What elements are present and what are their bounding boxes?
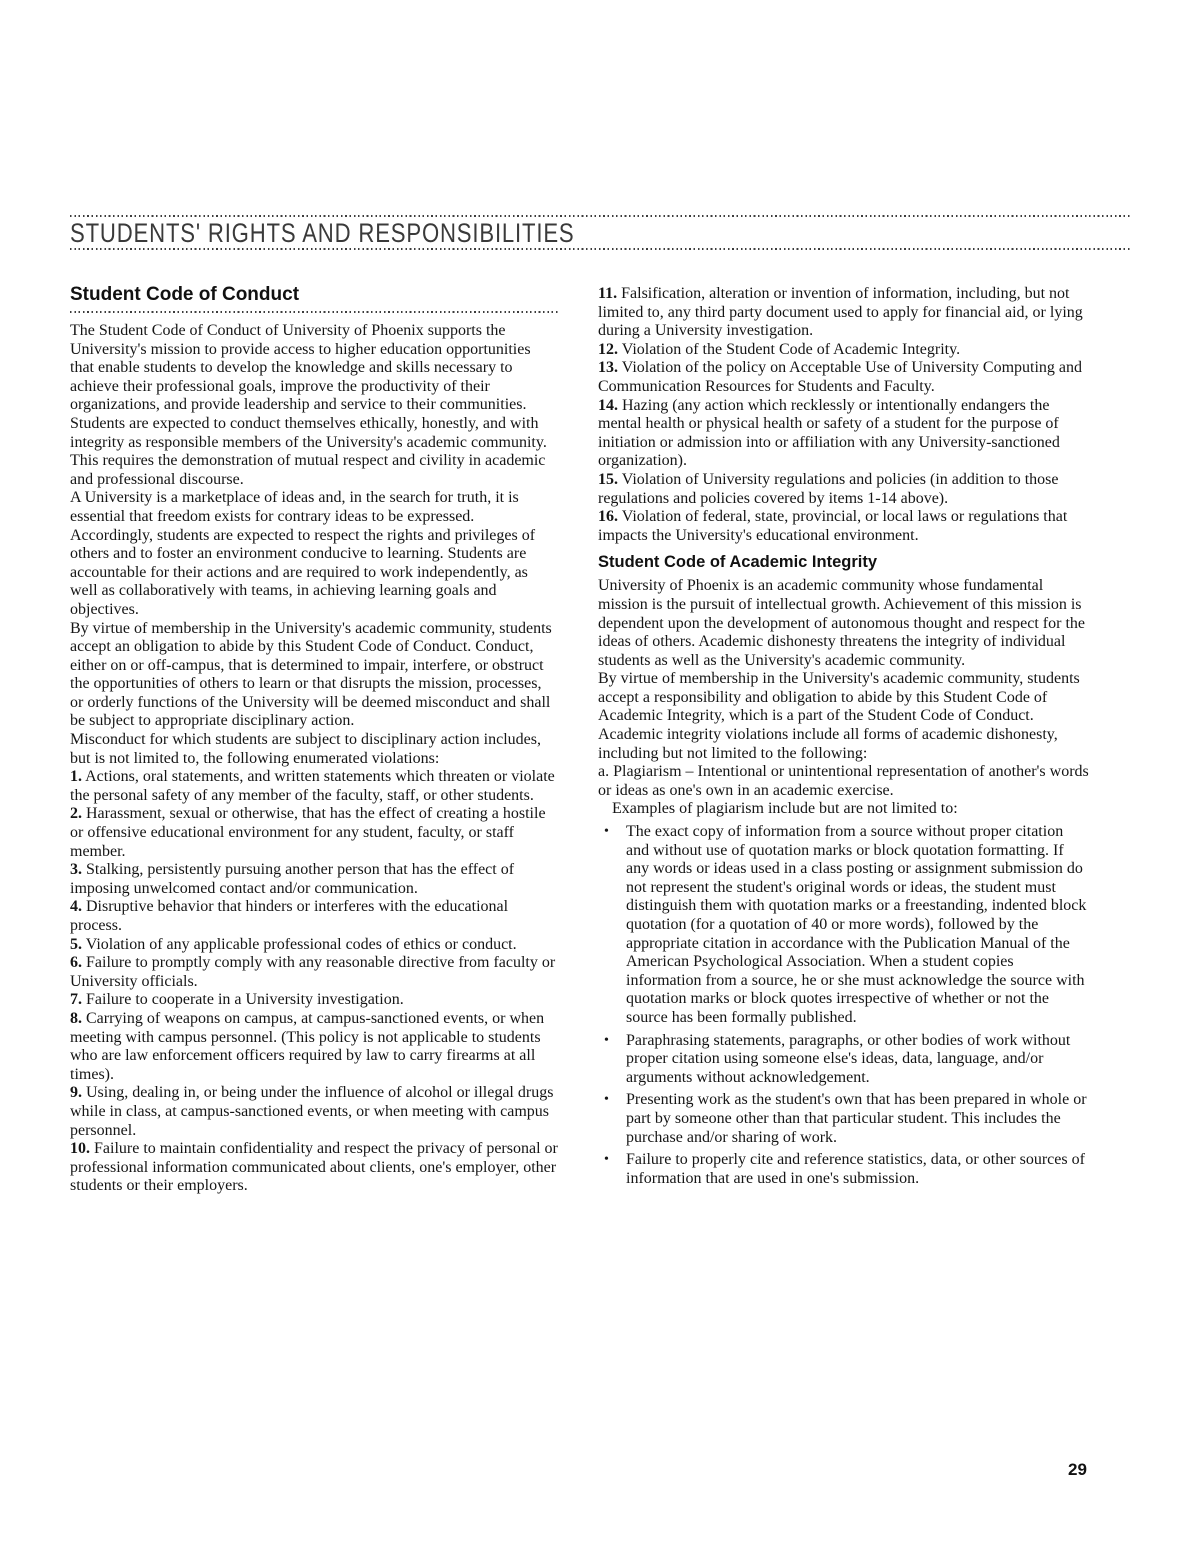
- item-text: Actions, oral statements, and written st…: [70, 768, 555, 804]
- item-text: Plagiarism – Intentional or unintentiona…: [598, 763, 1089, 799]
- item-number: 6.: [70, 954, 82, 971]
- section-heading-code-of-conduct: Student Code of Conduct: [70, 285, 558, 305]
- bullet-item: •Paraphrasing statements, paragraphs, or…: [598, 1032, 1090, 1088]
- left-column: Student Code of Conduct The Student Code…: [70, 285, 558, 1196]
- item-number: 14.: [598, 397, 618, 414]
- paragraph: Students are expected to conduct themsel…: [70, 415, 558, 489]
- heading-underline-rule: [70, 311, 558, 313]
- item-number: 8.: [70, 1010, 82, 1027]
- bullet-text: The exact copy of information from a sou…: [626, 823, 1086, 1026]
- item-text: Stalking, persistently pursuing another …: [70, 861, 514, 897]
- numbered-item-10: 10. Failure to maintain confidentiality …: [70, 1140, 558, 1196]
- item-text: Harassment, sexual or otherwise, that ha…: [70, 805, 546, 859]
- bullet-text: Failure to properly cite and reference s…: [626, 1151, 1085, 1187]
- bullet-item: •Failure to properly cite and reference …: [598, 1151, 1090, 1188]
- item-text: Hazing (any action which recklessly or i…: [598, 397, 1060, 470]
- page-number: 29: [1068, 1460, 1087, 1480]
- numbered-item-7: 7. Failure to cooperate in a University …: [70, 991, 558, 1010]
- right-column: 11. Falsification, alteration or inventi…: [598, 285, 1090, 1188]
- examples-intro: Examples of plagiarism include but are n…: [598, 800, 1090, 819]
- bullet-item: •The exact copy of information from a so…: [598, 823, 1090, 1028]
- item-letter: a.: [598, 763, 609, 780]
- item-number: 3.: [70, 861, 82, 878]
- item-text: Violation of University regulations and …: [598, 471, 1058, 507]
- item-text: Violation of any applicable professional…: [86, 936, 517, 953]
- bullet-text: Presenting work as the student's own tha…: [626, 1091, 1087, 1145]
- paragraph: The Student Code of Conduct of Universit…: [70, 322, 558, 415]
- bullet-icon: •: [604, 823, 609, 842]
- item-number: 4.: [70, 898, 82, 915]
- paragraph: Misconduct for which students are subjec…: [70, 731, 558, 768]
- item-text: Carrying of weapons on campus, at campus…: [70, 1010, 544, 1083]
- numbered-item-4: 4. Disruptive behavior that hinders or i…: [70, 898, 558, 935]
- item-number: 10.: [70, 1140, 90, 1157]
- bullet-text: Paraphrasing statements, paragraphs, or …: [626, 1032, 1070, 1086]
- item-text: Failure to promptly comply with any reas…: [70, 954, 555, 990]
- bullet-item: •Presenting work as the student's own th…: [598, 1091, 1090, 1147]
- section-heading-academic-integrity: Student Code of Academic Integrity: [598, 553, 1090, 572]
- numbered-item-11: 11. Falsification, alteration or inventi…: [598, 285, 1090, 341]
- lettered-item-a: a. Plagiarism – Intentional or unintenti…: [598, 763, 1090, 800]
- item-text: Violation of the policy on Acceptable Us…: [598, 359, 1082, 395]
- item-number: 15.: [598, 471, 618, 488]
- document-page: STUDENTS' RIGHTS AND RESPONSIBILITIES St…: [0, 0, 1200, 1553]
- paragraph: By virtue of membership in the Universit…: [70, 620, 558, 732]
- numbered-item-6: 6. Failure to promptly comply with any r…: [70, 954, 558, 991]
- item-text: Falsification, alteration or invention o…: [598, 285, 1083, 339]
- numbered-item-2: 2. Harassment, sexual or otherwise, that…: [70, 805, 558, 861]
- paragraph: A University is a marketplace of ideas a…: [70, 489, 558, 619]
- item-number: 12.: [598, 341, 618, 358]
- numbered-item-12: 12. Violation of the Student Code of Aca…: [598, 341, 1090, 360]
- bullet-icon: •: [604, 1032, 609, 1051]
- item-number: 16.: [598, 508, 618, 525]
- item-text: Failure to cooperate in a University inv…: [86, 991, 404, 1008]
- numbered-item-5: 5. Violation of any applicable professio…: [70, 936, 558, 955]
- numbered-item-1: 1. Actions, oral statements, and written…: [70, 768, 558, 805]
- numbered-item-13: 13. Violation of the policy on Acceptabl…: [598, 359, 1090, 396]
- plagiarism-examples-list: •The exact copy of information from a so…: [598, 823, 1090, 1188]
- numbered-item-16: 16. Violation of federal, state, provinc…: [598, 508, 1090, 545]
- numbered-item-9: 9. Using, dealing in, or being under the…: [70, 1084, 558, 1140]
- bullet-icon: •: [604, 1091, 609, 1110]
- item-text: Violation of federal, state, provincial,…: [598, 508, 1067, 544]
- item-number: 9.: [70, 1084, 82, 1101]
- item-number: 5.: [70, 936, 82, 953]
- item-number: 13.: [598, 359, 618, 376]
- header-bottom-rule: [70, 248, 1130, 250]
- item-text: Using, dealing in, or being under the in…: [70, 1084, 553, 1138]
- page-title: STUDENTS' RIGHTS AND RESPONSIBILITIES: [70, 218, 575, 249]
- numbered-item-8: 8. Carrying of weapons on campus, at cam…: [70, 1010, 558, 1084]
- header-top-rule: [70, 215, 1130, 217]
- numbered-item-3: 3. Stalking, persistently pursuing anoth…: [70, 861, 558, 898]
- item-text: Failure to maintain confidentiality and …: [70, 1140, 558, 1194]
- item-number: 2.: [70, 805, 82, 822]
- item-text: Disruptive behavior that hinders or inte…: [70, 898, 508, 934]
- bullet-icon: •: [604, 1151, 609, 1170]
- item-number: 1.: [70, 768, 82, 785]
- item-number: 7.: [70, 991, 82, 1008]
- item-text: Violation of the Student Code of Academi…: [622, 341, 960, 358]
- item-number: 11.: [598, 285, 617, 302]
- paragraph: University of Phoenix is an academic com…: [598, 577, 1090, 670]
- paragraph: By virtue of membership in the Universit…: [598, 670, 1090, 763]
- numbered-item-14: 14. Hazing (any action which recklessly …: [598, 397, 1090, 471]
- numbered-item-15: 15. Violation of University regulations …: [598, 471, 1090, 508]
